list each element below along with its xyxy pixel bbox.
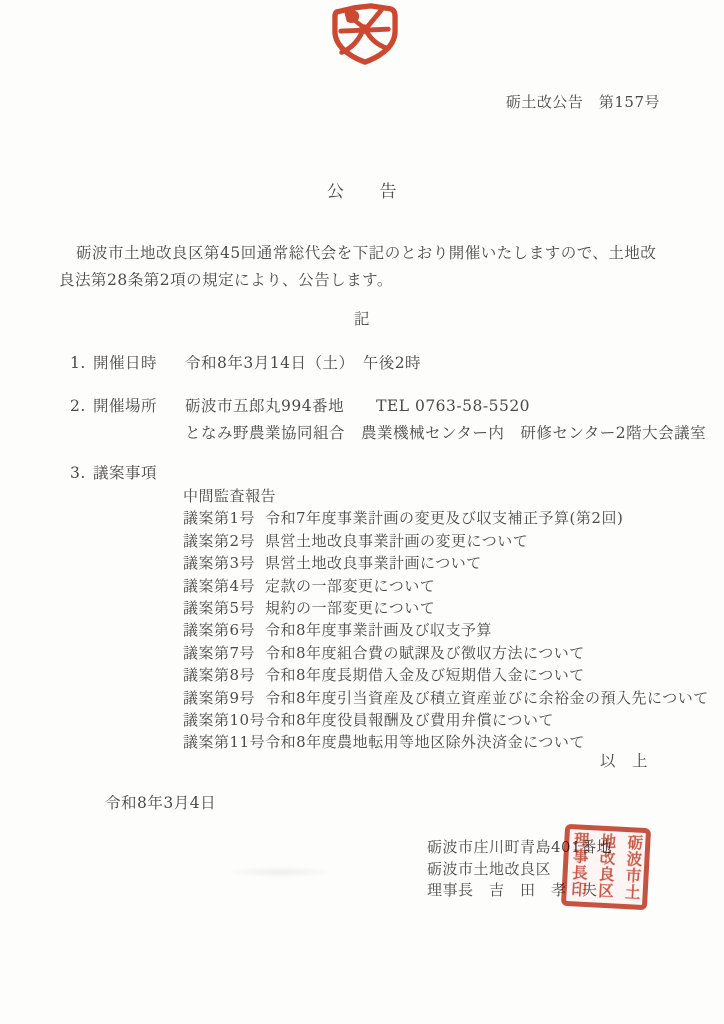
scan-smudge — [225, 866, 335, 878]
agenda-row: 議案第9号令和8年度引当資産及び積立資産並びに余裕金の預入先について — [183, 687, 709, 709]
agenda-row: 議案第10号令和8年度役員報酬及び費用弁償について — [183, 709, 709, 731]
record-marker: 記 — [0, 307, 724, 329]
closing-marker: 以 上 — [600, 749, 648, 771]
agenda-label: 議案第1号 — [183, 507, 265, 528]
item-number: 2. — [70, 397, 93, 415]
agenda-text: 県営土地改良事業計画の変更について — [265, 530, 528, 551]
agenda-label: 議案第8号 — [183, 664, 265, 685]
item-agenda-heading: 3.議案事項 — [70, 461, 185, 483]
item-value: 砺波市五郎丸994番地 TEL 0763-58-5520 — [185, 397, 530, 415]
agenda-text: 令和7年度事業計画の変更及び収支補正予算(第2回) — [265, 507, 623, 528]
item-meeting-datetime: 1.開催日時令和8年3月14日（土） 午後2時 — [70, 351, 421, 373]
agenda-label: 議案第7号 — [183, 642, 265, 663]
agenda-text: 定款の一部変更について — [265, 575, 435, 596]
seal-column: 理事長印 — [569, 831, 589, 900]
item-label: 開催場所 — [93, 394, 185, 416]
agenda-label: 議案第4号 — [183, 575, 265, 596]
item-number: 3. — [70, 464, 93, 482]
agenda-text: 令和8年度事業計画及び収支予算 — [265, 619, 492, 640]
organization-seal-icon — [326, 2, 404, 66]
item-meeting-place-detail: となみ野農業協同組合 農業機械センター内 研修センター2階大会議室 — [185, 421, 706, 443]
agenda-text: 規約の一部変更について — [265, 597, 435, 618]
agenda-row: 中間監査報告 — [183, 485, 709, 507]
seal-column: 地改良区 — [596, 833, 616, 902]
agenda-row: 議案第2号県営土地改良事業計画の変更について — [183, 530, 709, 552]
agenda-row: 議案第1号令和7年度事業計画の変更及び収支補正予算(第2回) — [183, 507, 709, 529]
agenda-list: 中間監査報告 議案第1号令和7年度事業計画の変更及び収支補正予算(第2回) 議案… — [183, 485, 709, 754]
agenda-text: 県営土地改良事業計画について — [265, 552, 482, 573]
chairman-seal-stamp: 砺波市土 地改良区 理事長印 — [561, 824, 651, 910]
agenda-label: 議案第11号 — [183, 731, 265, 752]
notice-number: 砺土改公告 第157号 — [506, 91, 660, 112]
agenda-label: 中間監査報告 — [183, 485, 276, 506]
agenda-label: 議案第2号 — [183, 530, 265, 551]
agenda-label: 議案第6号 — [183, 619, 265, 640]
agenda-text: 令和8年度農地転用等地区除外決済金について — [265, 731, 585, 752]
agenda-row: 議案第3号県営土地改良事業計画について — [183, 552, 709, 574]
notice-page: 砺土改公告 第157号 公 告 砺波市土地改良区第45回通常総代会を下記のとおり… — [0, 0, 724, 1024]
agenda-row: 議案第8号令和8年度長期借入金及び短期借入金について — [183, 664, 709, 686]
agenda-label: 議案第9号 — [183, 687, 265, 708]
item-meeting-place: 2.開催場所砺波市五郎丸994番地 TEL 0763-58-5520 — [70, 394, 530, 416]
item-number: 1. — [70, 354, 93, 372]
agenda-label: 議案第3号 — [183, 552, 265, 573]
agenda-row: 議案第5号規約の一部変更について — [183, 597, 709, 619]
agenda-text: 令和8年度役員報酬及び費用弁償について — [265, 709, 554, 730]
seal-column: 砺波市土 — [623, 834, 643, 903]
agenda-row: 議案第4号定款の一部変更について — [183, 575, 709, 597]
item-value: 令和8年3月14日（土） 午後2時 — [185, 354, 421, 372]
issue-date: 令和8年3月4日 — [105, 791, 216, 813]
item-label: 開催日時 — [93, 351, 185, 373]
agenda-text: 令和8年度長期借入金及び短期借入金について — [265, 664, 585, 685]
item-label: 議案事項 — [93, 461, 185, 483]
agenda-label: 議案第10号 — [183, 709, 265, 730]
agenda-row: 議案第7号令和8年度組合費の賦課及び徴収方法について — [183, 642, 709, 664]
body-paragraph: 砺波市土地改良区第45回通常総代会を下記のとおり開催いたしますので、土地改良法第… — [59, 240, 665, 294]
agenda-row: 議案第6号令和8年度事業計画及び収支予算 — [183, 619, 709, 641]
agenda-label: 議案第5号 — [183, 597, 265, 618]
page-title: 公 告 — [0, 177, 724, 202]
agenda-text: 令和8年度組合費の賦課及び徴収方法について — [265, 642, 585, 663]
agenda-text: 令和8年度引当資産及び積立資産並びに余裕金の預入先について — [265, 687, 709, 708]
